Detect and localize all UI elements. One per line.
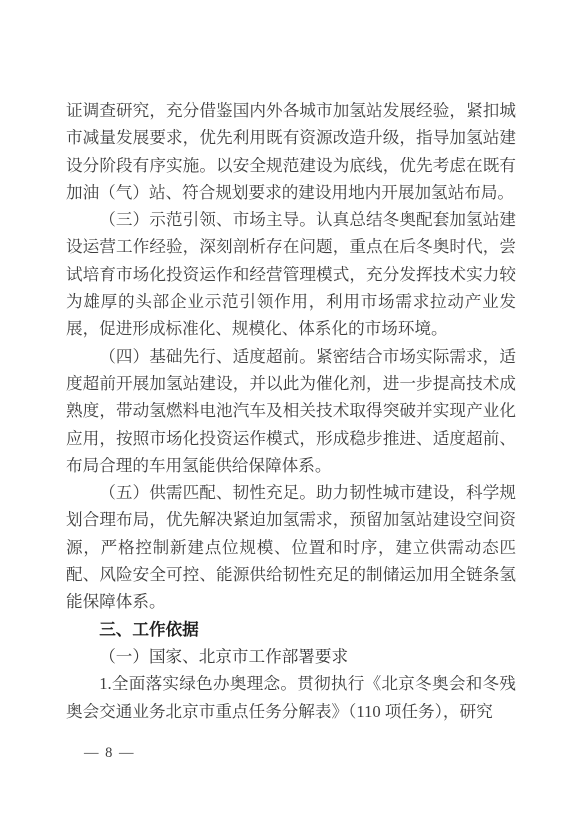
paragraph-item-4: （四）基础先行、适度超前。紧密结合市场实际需求，适度超前开展加氢站建设，并以此为… [66,343,516,479]
paragraph-continuation: 证调查研究，充分借鉴国内外各城市加氢站发展经验，紧扣城市减量发展要求，优先利用既… [66,97,516,206]
subsection-heading: （一）国家、北京市工作部署要求 [66,643,516,670]
document-page: 证调查研究，充分借鉴国内外各城市加氢站发展经验，紧扣城市减量发展要求，优先利用既… [0,0,578,818]
page-number: — 8 — [84,744,135,762]
paragraph-item-5: （五）供需匹配、韧性充足。助力韧性城市建设，科学规划合理布局，优先解决紧迫加氢需… [66,479,516,615]
paragraph-numbered-1: 1.全面落实绿色办奥理念。贯彻执行《北京冬奥会和冬残奥会交通业务北京市重点任务分… [66,670,516,725]
section-heading: 三、工作依据 [66,616,516,643]
paragraph-item-3: （三）示范引领、市场主导。认真总结冬奥配套加氢站建设运营工作经验，深刻剖析存在问… [66,206,516,342]
document-body: 证调查研究，充分借鉴国内外各城市加氢站发展经验，紧扣城市减量发展要求，优先利用既… [66,97,516,725]
